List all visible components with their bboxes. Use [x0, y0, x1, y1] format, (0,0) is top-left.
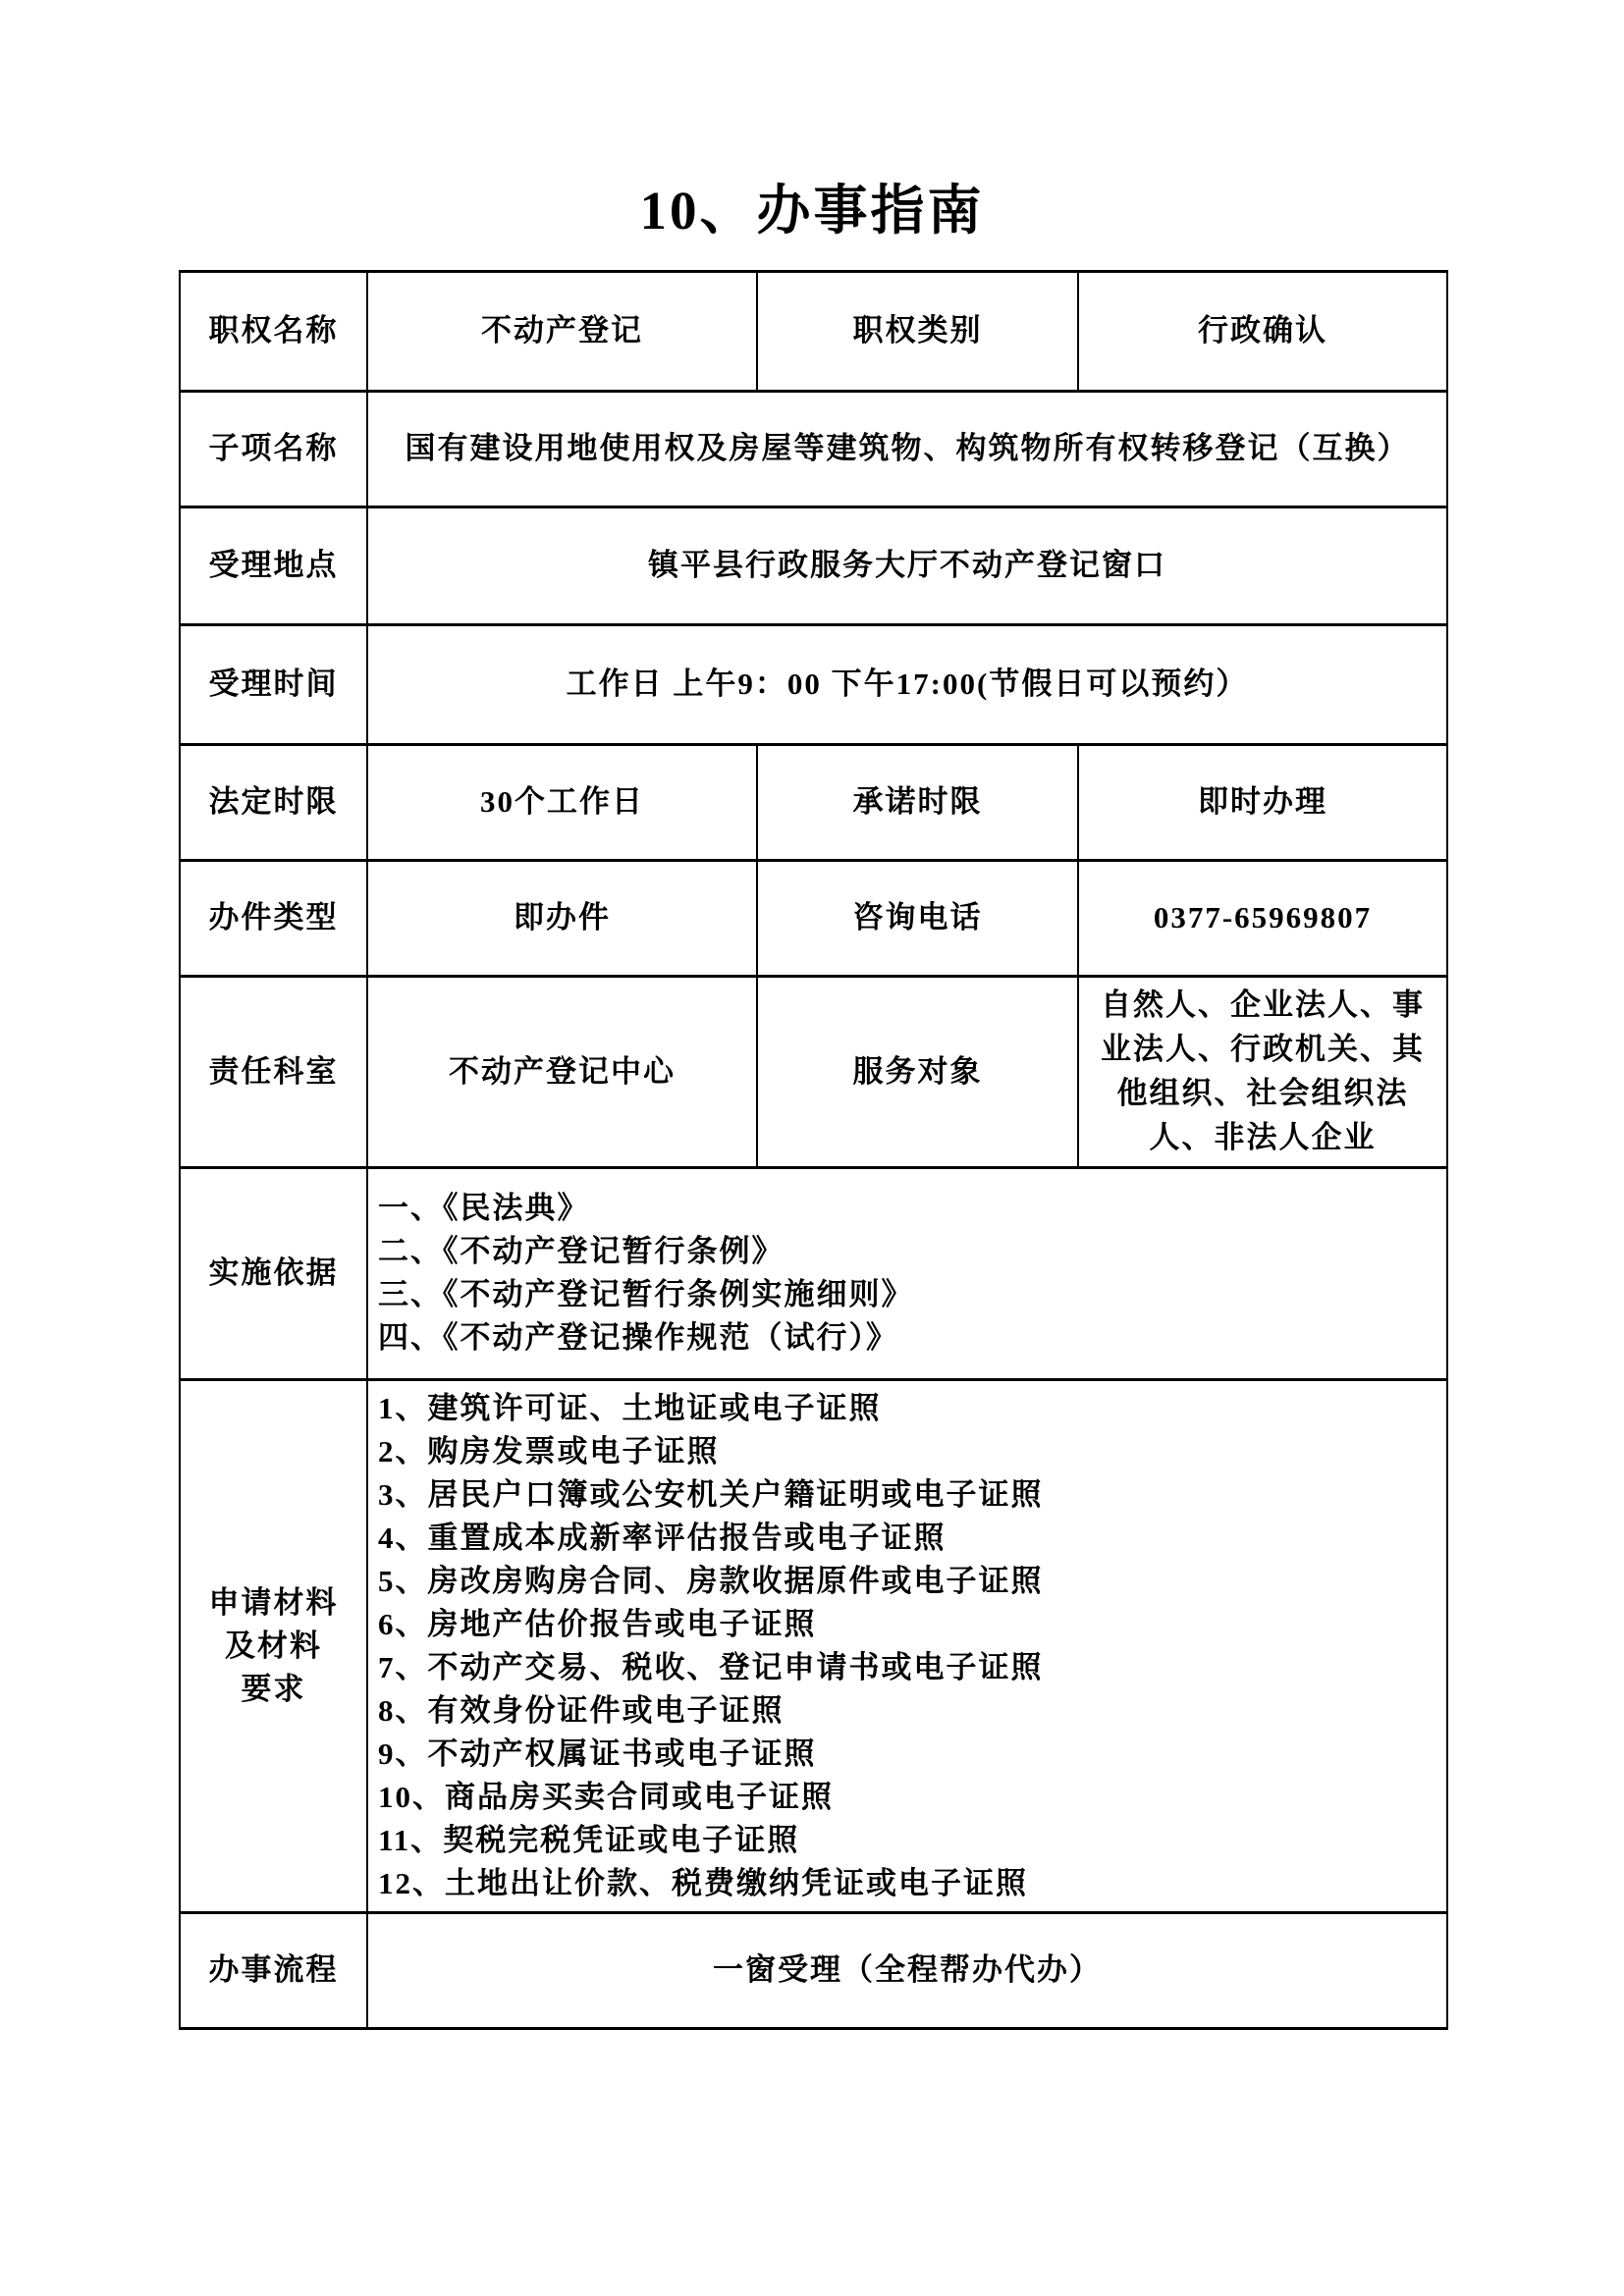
basis-item: 三、《不动产登记暂行条例实施细则》 — [378, 1273, 1436, 1316]
subitem-name-label: 子项名称 — [180, 392, 367, 507]
table-row: 子项名称 国有建设用地使用权及房屋等建筑物、构筑物所有权转移登记（互换） — [180, 392, 1447, 507]
service-target-value: 自然人、企业法人、事业法人、行政机关、其他组织、社会组织法人、非法人企业 — [1078, 977, 1447, 1168]
material-item: 7、不动产交易、税收、登记申请书或电子证照 — [378, 1646, 1436, 1689]
table-row: 受理地点 镇平县行政服务大厅不动产登记窗口 — [180, 507, 1447, 625]
basis-item: 二、《不动产登记暂行条例》 — [378, 1230, 1436, 1273]
material-item: 2、购房发票或电子证照 — [378, 1430, 1436, 1473]
authority-type-label: 职权类别 — [757, 272, 1078, 392]
promised-limit-value: 即时办理 — [1078, 745, 1447, 861]
material-item: 8、有效身份证件或电子证照 — [378, 1689, 1436, 1733]
table-row: 实施依据 一、《民法典》 二、《不动产登记暂行条例》 三、《不动产登记暂行条例实… — [180, 1167, 1447, 1379]
material-item: 6、房地产估价报告或电子证照 — [378, 1603, 1436, 1646]
table-row: 办件类型 即办件 咨询电话 0377-65969807 — [180, 861, 1447, 977]
service-target-label: 服务对象 — [757, 977, 1078, 1168]
application-materials-label: 申请材料 及材料 要求 — [180, 1379, 367, 1912]
subitem-name-value: 国有建设用地使用权及房屋等建筑物、构筑物所有权转移登记（互换） — [367, 392, 1447, 507]
material-item: 3、居民户口簿或公安机关户籍证明或电子证照 — [378, 1473, 1436, 1517]
statutory-limit-label: 法定时限 — [180, 745, 367, 861]
application-materials-list: 1、建筑许可证、土地证或电子证照 2、购房发票或电子证照 3、居民户口簿或公安机… — [367, 1379, 1447, 1912]
service-guide-table: 职权名称 不动产登记 职权类别 行政确认 子项名称 国有建设用地使用权及房屋等建… — [179, 270, 1448, 2030]
basis-item: 四、《不动产登记操作规范（试行）》 — [378, 1316, 1436, 1360]
process-flow-label: 办事流程 — [180, 1912, 367, 2028]
authority-name-value: 不动产登记 — [367, 272, 757, 392]
case-type-label: 办件类型 — [180, 861, 367, 977]
acceptance-time-label: 受理时间 — [180, 625, 367, 745]
material-item: 5、房改房购房合同、房款收据原件或电子证照 — [378, 1560, 1436, 1603]
table-row: 申请材料 及材料 要求 1、建筑许可证、土地证或电子证照 2、购房发票或电子证照… — [180, 1379, 1447, 1912]
promised-limit-label: 承诺时限 — [757, 745, 1078, 861]
material-item: 10、商品房买卖合同或电子证照 — [378, 1776, 1436, 1819]
consultation-phone-value: 0377-65969807 — [1078, 861, 1447, 977]
material-item: 4、重置成本成新率评估报告或电子证照 — [378, 1517, 1436, 1560]
acceptance-time-value: 工作日 上午9：00 下午17:00(节假日可以预约） — [367, 625, 1447, 745]
material-item: 9、不动产权属证书或电子证照 — [378, 1733, 1436, 1776]
implementation-basis-list: 一、《民法典》 二、《不动产登记暂行条例》 三、《不动产登记暂行条例实施细则》 … — [367, 1167, 1447, 1379]
consultation-phone-label: 咨询电话 — [757, 861, 1078, 977]
table-row: 职权名称 不动产登记 职权类别 行政确认 — [180, 272, 1447, 392]
authority-name-label: 职权名称 — [180, 272, 367, 392]
material-item: 12、土地出让价款、税费缴纳凭证或电子证照 — [378, 1862, 1436, 1905]
material-item: 1、建筑许可证、土地证或电子证照 — [378, 1387, 1436, 1430]
statutory-limit-value: 30个工作日 — [367, 745, 757, 861]
table-row: 法定时限 30个工作日 承诺时限 即时办理 — [180, 745, 1447, 861]
implementation-basis-label: 实施依据 — [180, 1167, 367, 1379]
page-title: 10、办事指南 — [0, 180, 1624, 241]
case-type-value: 即办件 — [367, 861, 757, 977]
basis-item: 一、《民法典》 — [378, 1187, 1436, 1230]
responsible-department-value: 不动产登记中心 — [367, 977, 757, 1168]
table-row: 办事流程 一窗受理（全程帮办代办） — [180, 1912, 1447, 2028]
table-row: 受理时间 工作日 上午9：00 下午17:00(节假日可以预约） — [180, 625, 1447, 745]
material-item: 11、契税完税凭证或电子证照 — [378, 1819, 1436, 1862]
responsible-department-label: 责任科室 — [180, 977, 367, 1168]
process-flow-value: 一窗受理（全程帮办代办） — [367, 1912, 1447, 2028]
table-row: 责任科室 不动产登记中心 服务对象 自然人、企业法人、事业法人、行政机关、其他组… — [180, 977, 1447, 1168]
acceptance-location-label: 受理地点 — [180, 507, 367, 625]
authority-type-value: 行政确认 — [1078, 272, 1447, 392]
acceptance-location-value: 镇平县行政服务大厅不动产登记窗口 — [367, 507, 1447, 625]
